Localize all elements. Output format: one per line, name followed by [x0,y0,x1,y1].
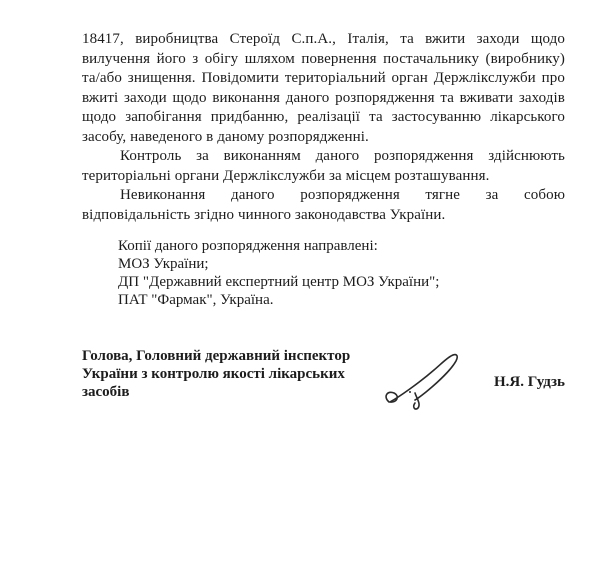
signer-position-title: Голова, Головний державний інспектор Укр… [82,347,354,401]
copies-block: Копії даного розпорядження направлені: М… [82,237,565,309]
handwritten-signature [379,347,469,417]
body-paragraph-control: Контроль за виконанням даного розпорядже… [82,147,565,186]
copies-item: ДП "Державний експертний центр МОЗ Украї… [118,273,565,291]
copies-heading: Копії даного розпорядження направлені: [118,237,565,255]
body-paragraph-continuation: 18417, виробництва Стероїд С.п.А., Італі… [82,30,565,147]
copies-item: МОЗ України; [118,255,565,273]
body-paragraph-liability: Невиконання даного розпорядження тягне з… [82,186,565,225]
copies-item: ПАТ "Фармак", Україна. [118,291,565,309]
document-page: 18417, виробництва Стероїд С.п.А., Італі… [0,0,589,585]
signer-name: Н.Я. Гудзь [494,374,565,391]
signature-block: Голова, Головний державний інспектор Укр… [82,347,565,417]
